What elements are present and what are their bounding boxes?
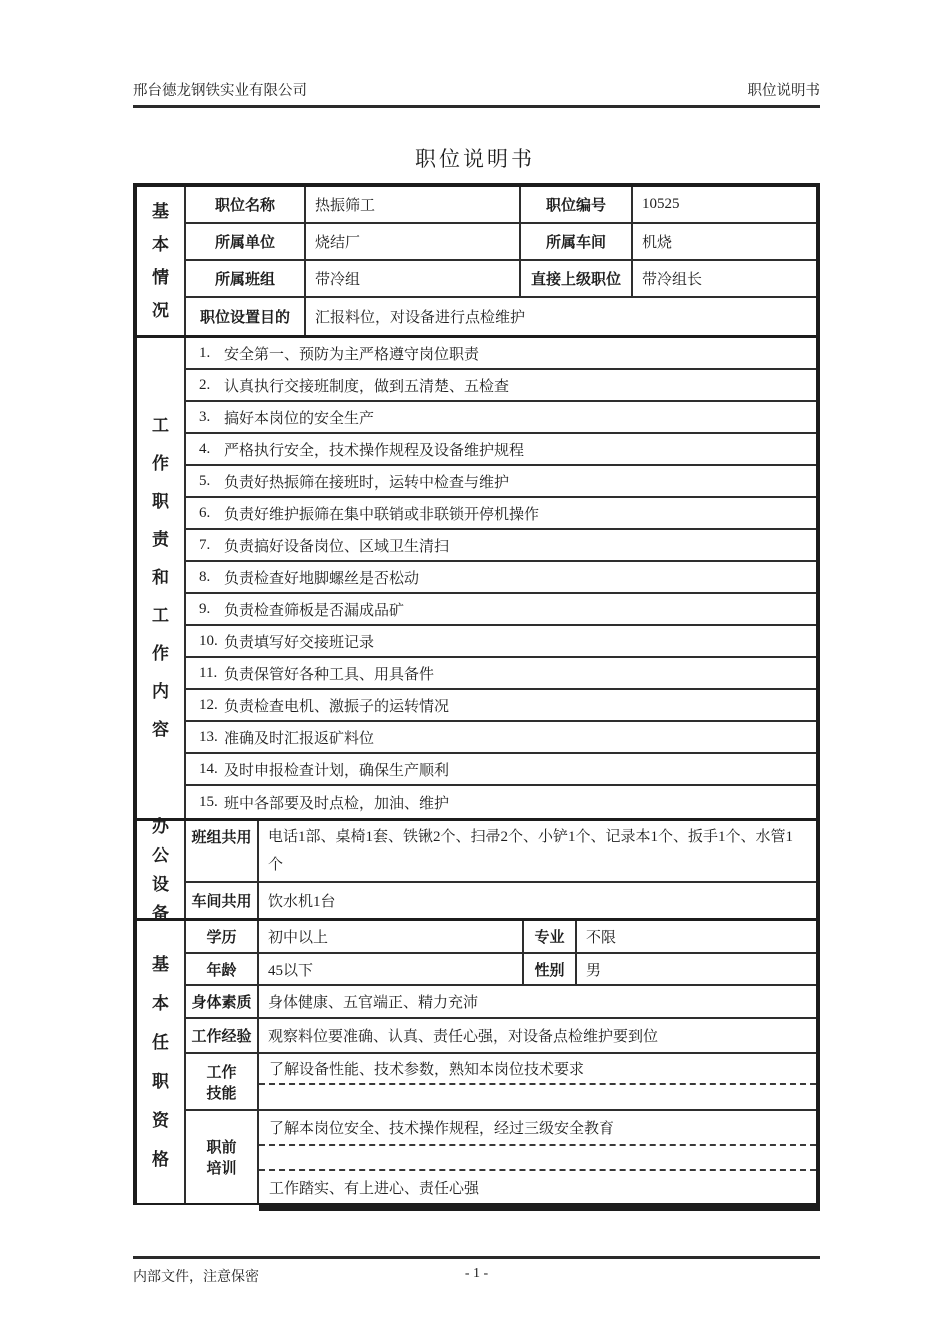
duty-number: 14. <box>186 761 224 778</box>
experience-label: 工作经验 <box>186 1019 259 1054</box>
duty-text: 及时申报检查计划，确保生产顺利 <box>224 759 449 780</box>
skills-label: 工作技能 <box>186 1054 259 1111</box>
pre-training-value-2: 工作踏实、有上进心、责任心强 <box>259 1171 816 1203</box>
duty-item: 6.负责好维护振筛在集中联销或非联锁开停机操作 <box>186 498 816 530</box>
header-company: 邢台德龙钢铁实业有限公司 <box>133 79 307 100</box>
duty-number: 4. <box>186 441 224 458</box>
duty-text: 严格执行安全，技术操作规程及设备维护规程 <box>224 439 524 460</box>
physical-value: 身体健康、五官端正、精力充沛 <box>259 986 816 1019</box>
duty-number: 11. <box>186 665 224 682</box>
major-value: 不限 <box>577 921 816 954</box>
duty-item: 10.负责填写好交接班记录 <box>186 626 816 658</box>
supervisor-value: 带冷组长 <box>633 261 816 298</box>
document-page: 邢台德龙钢铁实业有限公司 职位说明书 职位说明书 基本情况 职位名称 热振筛工 … <box>0 0 950 1344</box>
duty-text: 负责搞好设备岗位、区域卫生清扫 <box>224 535 449 556</box>
section-duties: 工作职责和工作内容 1.安全第一、预防为主严格遵守岗位职责 2.认真执行交接班制… <box>137 338 816 821</box>
purpose-label: 职位设置目的 <box>186 298 306 335</box>
duty-item: 8.负责检查好地脚螺丝是否松动 <box>186 562 816 594</box>
duty-number: 6. <box>186 505 224 522</box>
section-label-office-equipment: 办公设备 <box>137 821 186 918</box>
team-value: 带冷组 <box>306 261 521 298</box>
duty-text: 搞好本岗位的安全生产 <box>224 407 374 428</box>
position-code-label: 职位编号 <box>521 187 633 224</box>
page-footer: 内部文件，注意保密 - 1 - <box>133 1256 820 1286</box>
duty-text: 班中各部要及时点检，加油、维护 <box>224 792 449 813</box>
table-bottom-thick-border <box>259 1203 820 1211</box>
duty-text: 负责检查筛板是否漏成品矿 <box>224 599 404 620</box>
duty-item: 11.负责保管好各种工具、用具备件 <box>186 658 816 690</box>
position-name-label: 职位名称 <box>186 187 306 224</box>
skills-value-block: 了解设备性能、技术参数，熟知本岗位技术要求 <box>259 1054 816 1111</box>
duty-number: 8. <box>186 569 224 586</box>
footer-page-number: - 1 - <box>133 1266 820 1282</box>
education-label: 学历 <box>186 921 259 954</box>
pre-training-empty-line <box>259 1146 816 1171</box>
duty-text: 准确及时汇报返矿料位 <box>224 727 374 748</box>
physical-label: 身体素质 <box>186 986 259 1019</box>
section-label-duties: 工作职责和工作内容 <box>137 338 186 818</box>
duty-number: 2. <box>186 377 224 394</box>
pre-training-block: 了解本岗位安全、技术操作规程，经过三级安全教育 工作踏实、有上进心、责任心强 <box>259 1111 816 1203</box>
workshop-shared-label: 车间共用 <box>186 883 259 918</box>
workshop-shared-value: 饮水机1台 <box>259 883 816 918</box>
skills-empty-line <box>259 1085 816 1109</box>
duty-text: 负责填写好交接班记录 <box>224 631 374 652</box>
supervisor-label: 直接上级职位 <box>521 261 633 298</box>
purpose-value: 汇报料位，对设备进行点检维护 <box>306 298 816 335</box>
age-value: 45以下 <box>259 954 524 986</box>
position-name-value: 热振筛工 <box>306 187 521 224</box>
job-description-table: 基本情况 职位名称 热振筛工 职位编号 10525 所属单位 烧结厂 所属车间 … <box>133 183 820 1205</box>
page-header: 邢台德龙钢铁实业有限公司 职位说明书 <box>133 74 820 108</box>
team-label: 所属班组 <box>186 261 306 298</box>
pre-training-value-1: 了解本岗位安全、技术操作规程，经过三级安全教育 <box>259 1111 816 1146</box>
education-value: 初中以上 <box>259 921 524 954</box>
duty-number: 12. <box>186 697 224 714</box>
duty-item: 15.班中各部要及时点检，加油、维护 <box>186 786 816 818</box>
duty-item: 9.负责检查筛板是否漏成品矿 <box>186 594 816 626</box>
duty-number: 7. <box>186 537 224 554</box>
unit-value: 烧结厂 <box>306 224 521 261</box>
duty-item: 5.负责好热振筛在接班时，运转中检查与维护 <box>186 466 816 498</box>
duty-number: 3. <box>186 409 224 426</box>
duty-number: 10. <box>186 633 224 650</box>
duty-number: 15. <box>186 794 224 811</box>
page-title: 职位说明书 <box>0 143 950 173</box>
experience-value: 观察料位要准确、认真、责任心强，对设备点检维护要到位 <box>259 1019 816 1054</box>
duty-item: 14.及时申报检查计划，确保生产顺利 <box>186 754 816 786</box>
duty-number: 1. <box>186 345 224 362</box>
gender-label: 性别 <box>524 954 577 986</box>
duty-item: 4.严格执行安全，技术操作规程及设备维护规程 <box>186 434 816 466</box>
gender-value: 男 <box>577 954 816 986</box>
section-office-equipment: 办公设备 班组共用 电话1部、桌椅1套、铁锹2个、扫帚2个、小铲1个、记录本1个… <box>137 821 816 921</box>
team-shared-value: 电话1部、桌椅1套、铁锹2个、扫帚2个、小铲1个、记录本1个、扳手1个、水管1个 <box>259 821 816 883</box>
duty-number: 13. <box>186 729 224 746</box>
duty-text: 认真执行交接班制度，做到五清楚、五检查 <box>224 375 509 396</box>
team-shared-label: 班组共用 <box>186 821 259 883</box>
age-label: 年龄 <box>186 954 259 986</box>
section-basic-info: 基本情况 职位名称 热振筛工 职位编号 10525 所属单位 烧结厂 所属车间 … <box>137 187 816 338</box>
duty-item: 13.准确及时汇报返矿料位 <box>186 722 816 754</box>
workshop-label: 所属车间 <box>521 224 633 261</box>
duty-number: 5. <box>186 473 224 490</box>
duty-text: 安全第一、预防为主严格遵守岗位职责 <box>224 343 479 364</box>
duty-item: 2.认真执行交接班制度，做到五清楚、五检查 <box>186 370 816 402</box>
duty-item: 1.安全第一、预防为主严格遵守岗位职责 <box>186 338 816 370</box>
section-label-basic-info: 基本情况 <box>137 187 186 335</box>
position-code-value: 10525 <box>633 187 816 224</box>
duty-item: 3.搞好本岗位的安全生产 <box>186 402 816 434</box>
pre-training-label: 职前培训 <box>186 1111 259 1203</box>
duty-item: 12.负责检查电机、激振子的运转情况 <box>186 690 816 722</box>
major-label: 专业 <box>524 921 577 954</box>
duty-text: 负责检查好地脚螺丝是否松动 <box>224 567 419 588</box>
skills-value: 了解设备性能、技术参数，熟知本岗位技术要求 <box>259 1054 816 1085</box>
duty-text: 负责保管好各种工具、用具备件 <box>224 663 434 684</box>
duty-text: 负责好维护振筛在集中联销或非联锁开停机操作 <box>224 503 539 524</box>
section-label-qualifications: 基本任职资格 <box>137 921 186 1203</box>
header-doc-type: 职位说明书 <box>748 79 821 100</box>
workshop-value: 机烧 <box>633 224 816 261</box>
duty-number: 9. <box>186 601 224 618</box>
duty-item: 7.负责搞好设备岗位、区域卫生清扫 <box>186 530 816 562</box>
duty-text: 负责检查电机、激振子的运转情况 <box>224 695 449 716</box>
unit-label: 所属单位 <box>186 224 306 261</box>
duty-text: 负责好热振筛在接班时，运转中检查与维护 <box>224 471 509 492</box>
section-qualifications: 基本任职资格 学历 初中以上 专业 不限 年龄 45以下 性别 男 身体素质 身… <box>137 921 816 1203</box>
